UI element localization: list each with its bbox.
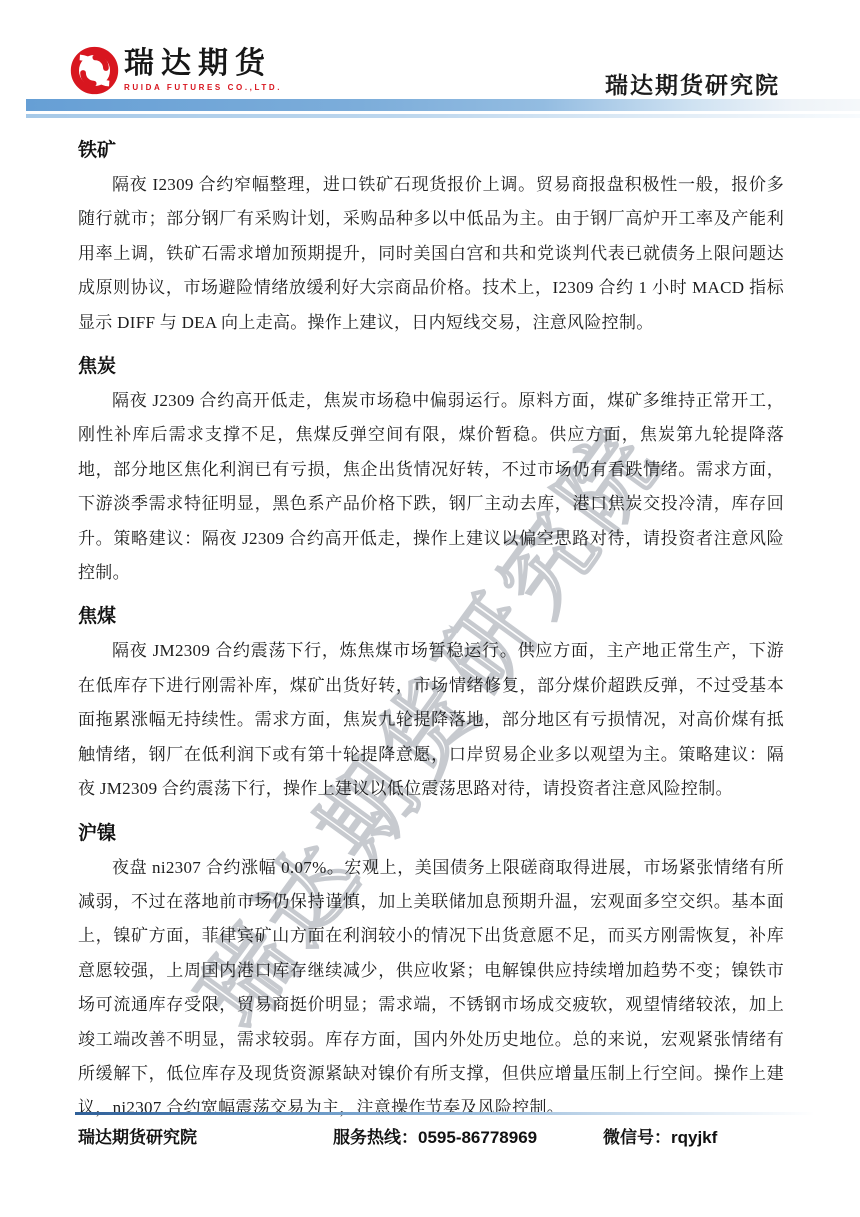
header-divider-stripe [26,114,860,118]
section-heading-shanghai-nickel: 沪镍 [78,816,784,851]
footer-hotline-number: 0595-86778969 [418,1128,537,1147]
footer-wechat-value: rqyjkf [671,1128,717,1147]
section-coking-coal: 焦煤 隔夜 JM2309 合约震荡下行，炼焦煤市场暂稳运行。供应方面，主产地正常… [78,599,784,806]
footer-wechat: 微信号：rqyjkf [603,1123,717,1148]
brand-subtitle: RUIDA FUTURES CO.,LTD. [124,83,282,92]
brand-name: 瑞达期货 [124,46,282,82]
footer-hotline: 服务热线：0595-86778969 [333,1123,537,1148]
page-title: 瑞达期货研究院 [605,67,780,100]
section-iron-ore: 铁矿 隔夜 I2309 合约窄幅整理，进口铁矿石现货报价上调。贸易商报盘积极性一… [78,133,784,340]
section-coke: 焦炭 隔夜 J2309 合约高开低走，焦炭市场稳中偏弱运行。原料方面，煤矿多维持… [78,349,784,590]
ruida-logo-icon [70,46,119,95]
brand-logo: 瑞达期货 RUIDA FUTURES CO.,LTD. [70,46,282,95]
brand-text: 瑞达期货 RUIDA FUTURES CO.,LTD. [124,46,282,92]
footer-hotline-label: 服务热线： [333,1128,418,1147]
section-body-coke: 隔夜 J2309 合约高开低走，焦炭市场稳中偏弱运行。原料方面，煤矿多维持正常开… [78,384,784,590]
section-body-coking-coal: 隔夜 JM2309 合约震荡下行，炼焦煤市场暂稳运行。供应方面，主产地正常生产，… [78,634,784,806]
header-divider-bar [26,99,860,111]
report-content: 铁矿 隔夜 I2309 合约窄幅整理，进口铁矿石现货报价上调。贸易商报盘积极性一… [78,133,784,1126]
footer-wechat-label: 微信号： [603,1128,671,1147]
footer: 瑞达期货研究院 服务热线：0595-86778969 微信号：rqyjkf [0,1123,860,1149]
footer-divider [75,1112,815,1115]
section-heading-coking-coal: 焦煤 [78,599,784,634]
section-shanghai-nickel: 沪镍 夜盘 ni2307 合约涨幅 0.07%。宏观上，美国债务上限磋商取得进展… [78,816,784,1126]
section-heading-coke: 焦炭 [78,349,784,384]
section-body-shanghai-nickel: 夜盘 ni2307 合约涨幅 0.07%。宏观上，美国债务上限磋商取得进展，市场… [78,851,784,1126]
section-body-iron-ore: 隔夜 I2309 合约窄幅整理，进口铁矿石现货报价上调。贸易商报盘积极性一般，报… [78,168,784,340]
footer-org: 瑞达期货研究院 [78,1123,197,1148]
section-heading-iron-ore: 铁矿 [78,133,784,168]
report-page: 瑞达期货 RUIDA FUTURES CO.,LTD. 瑞达期货研究院 瑞达期货… [0,0,860,1217]
